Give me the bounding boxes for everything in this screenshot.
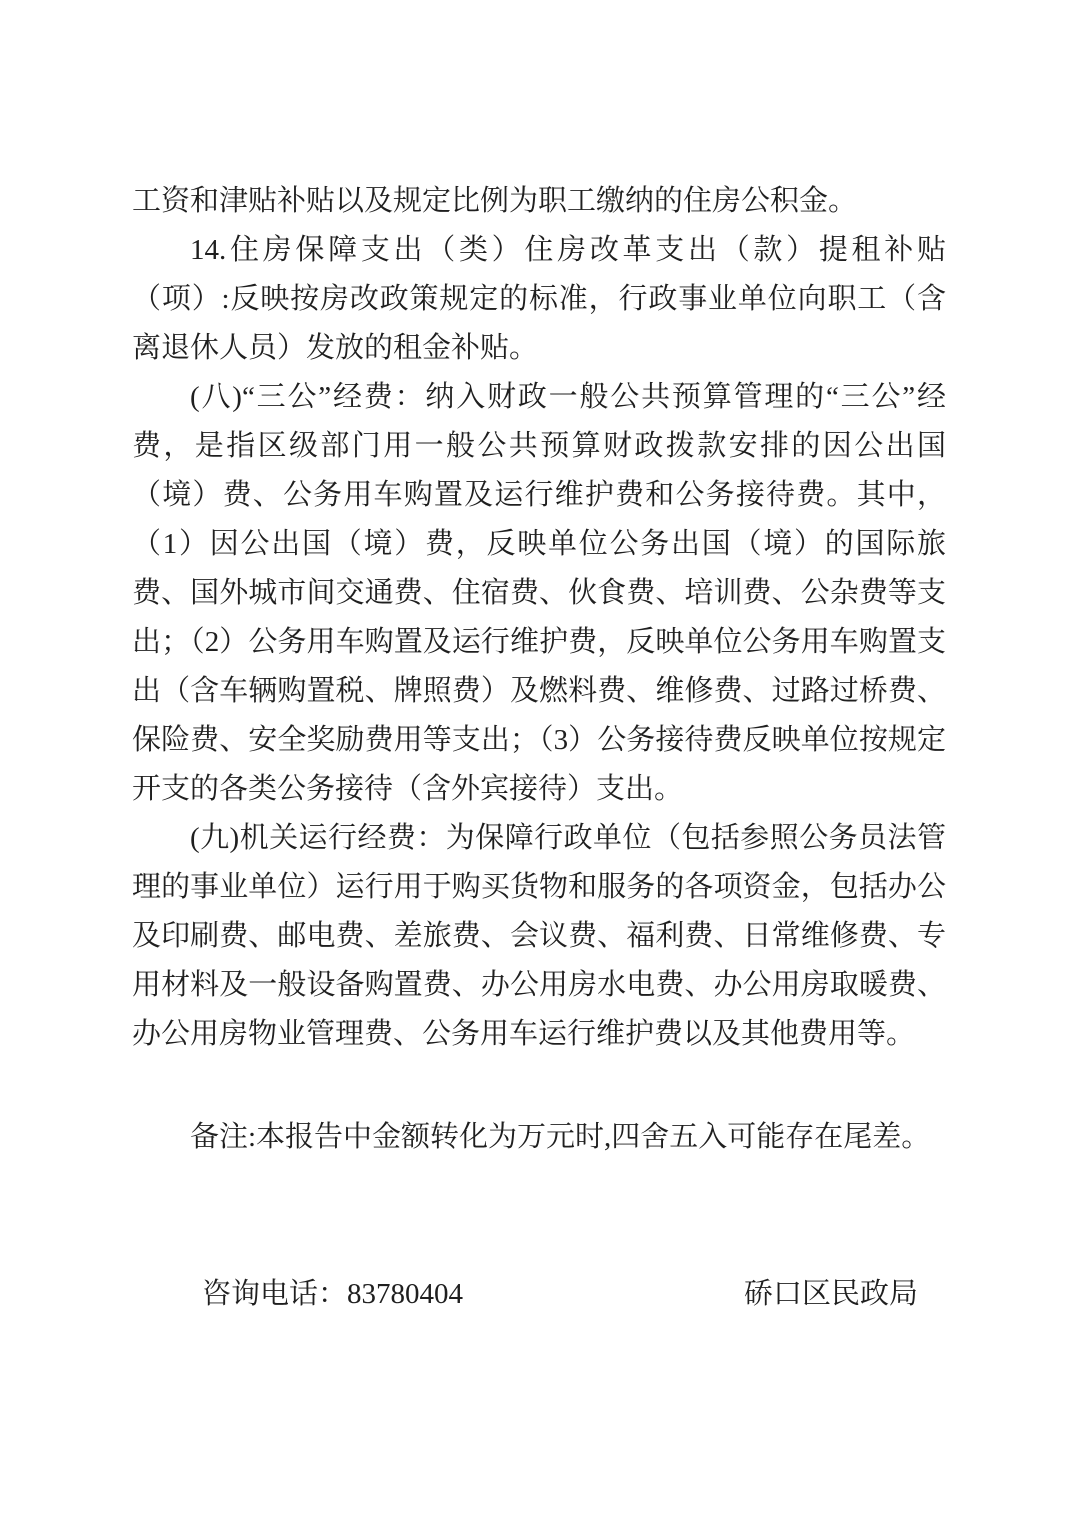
note-rounding-remark: 备注:本报告中金额转化为万元时,四舍五入可能存在尾差。	[132, 1113, 946, 1162]
contact-phone: 咨询电话：83780404	[202, 1270, 463, 1319]
paragraph-housing-fund-continuation: 工资和津贴补贴以及规定比例为职工缴纳的住房公积金。	[132, 177, 946, 226]
paragraph-9-agency-operating-expenses: (九)机关运行经费：为保障行政单位（包括参照公务员法管理的事业单位）运行用于购买…	[132, 814, 946, 1059]
paragraph-8-three-public-expenses: (八)“三公”经费：纳入财政一般公共预算管理的“三公”经费，是指区级部门用一般公…	[132, 373, 946, 814]
document-page: 工资和津贴补贴以及规定比例为职工缴纳的住房公积金。 14.住房保障支出（类）住房…	[0, 0, 1074, 1520]
paragraph-14-housing-rent-subsidy: 14.住房保障支出（类）住房改革支出（款）提租补贴（项）:反映按房改政策规定的标…	[132, 226, 946, 373]
agency-name: 硚口区民政局	[744, 1270, 918, 1319]
footer-row: 咨询电话：83780404 硚口区民政局	[132, 1270, 946, 1319]
document-body: 工资和津贴补贴以及规定比例为职工缴纳的住房公积金。 14.住房保障支出（类）住房…	[132, 177, 946, 1319]
